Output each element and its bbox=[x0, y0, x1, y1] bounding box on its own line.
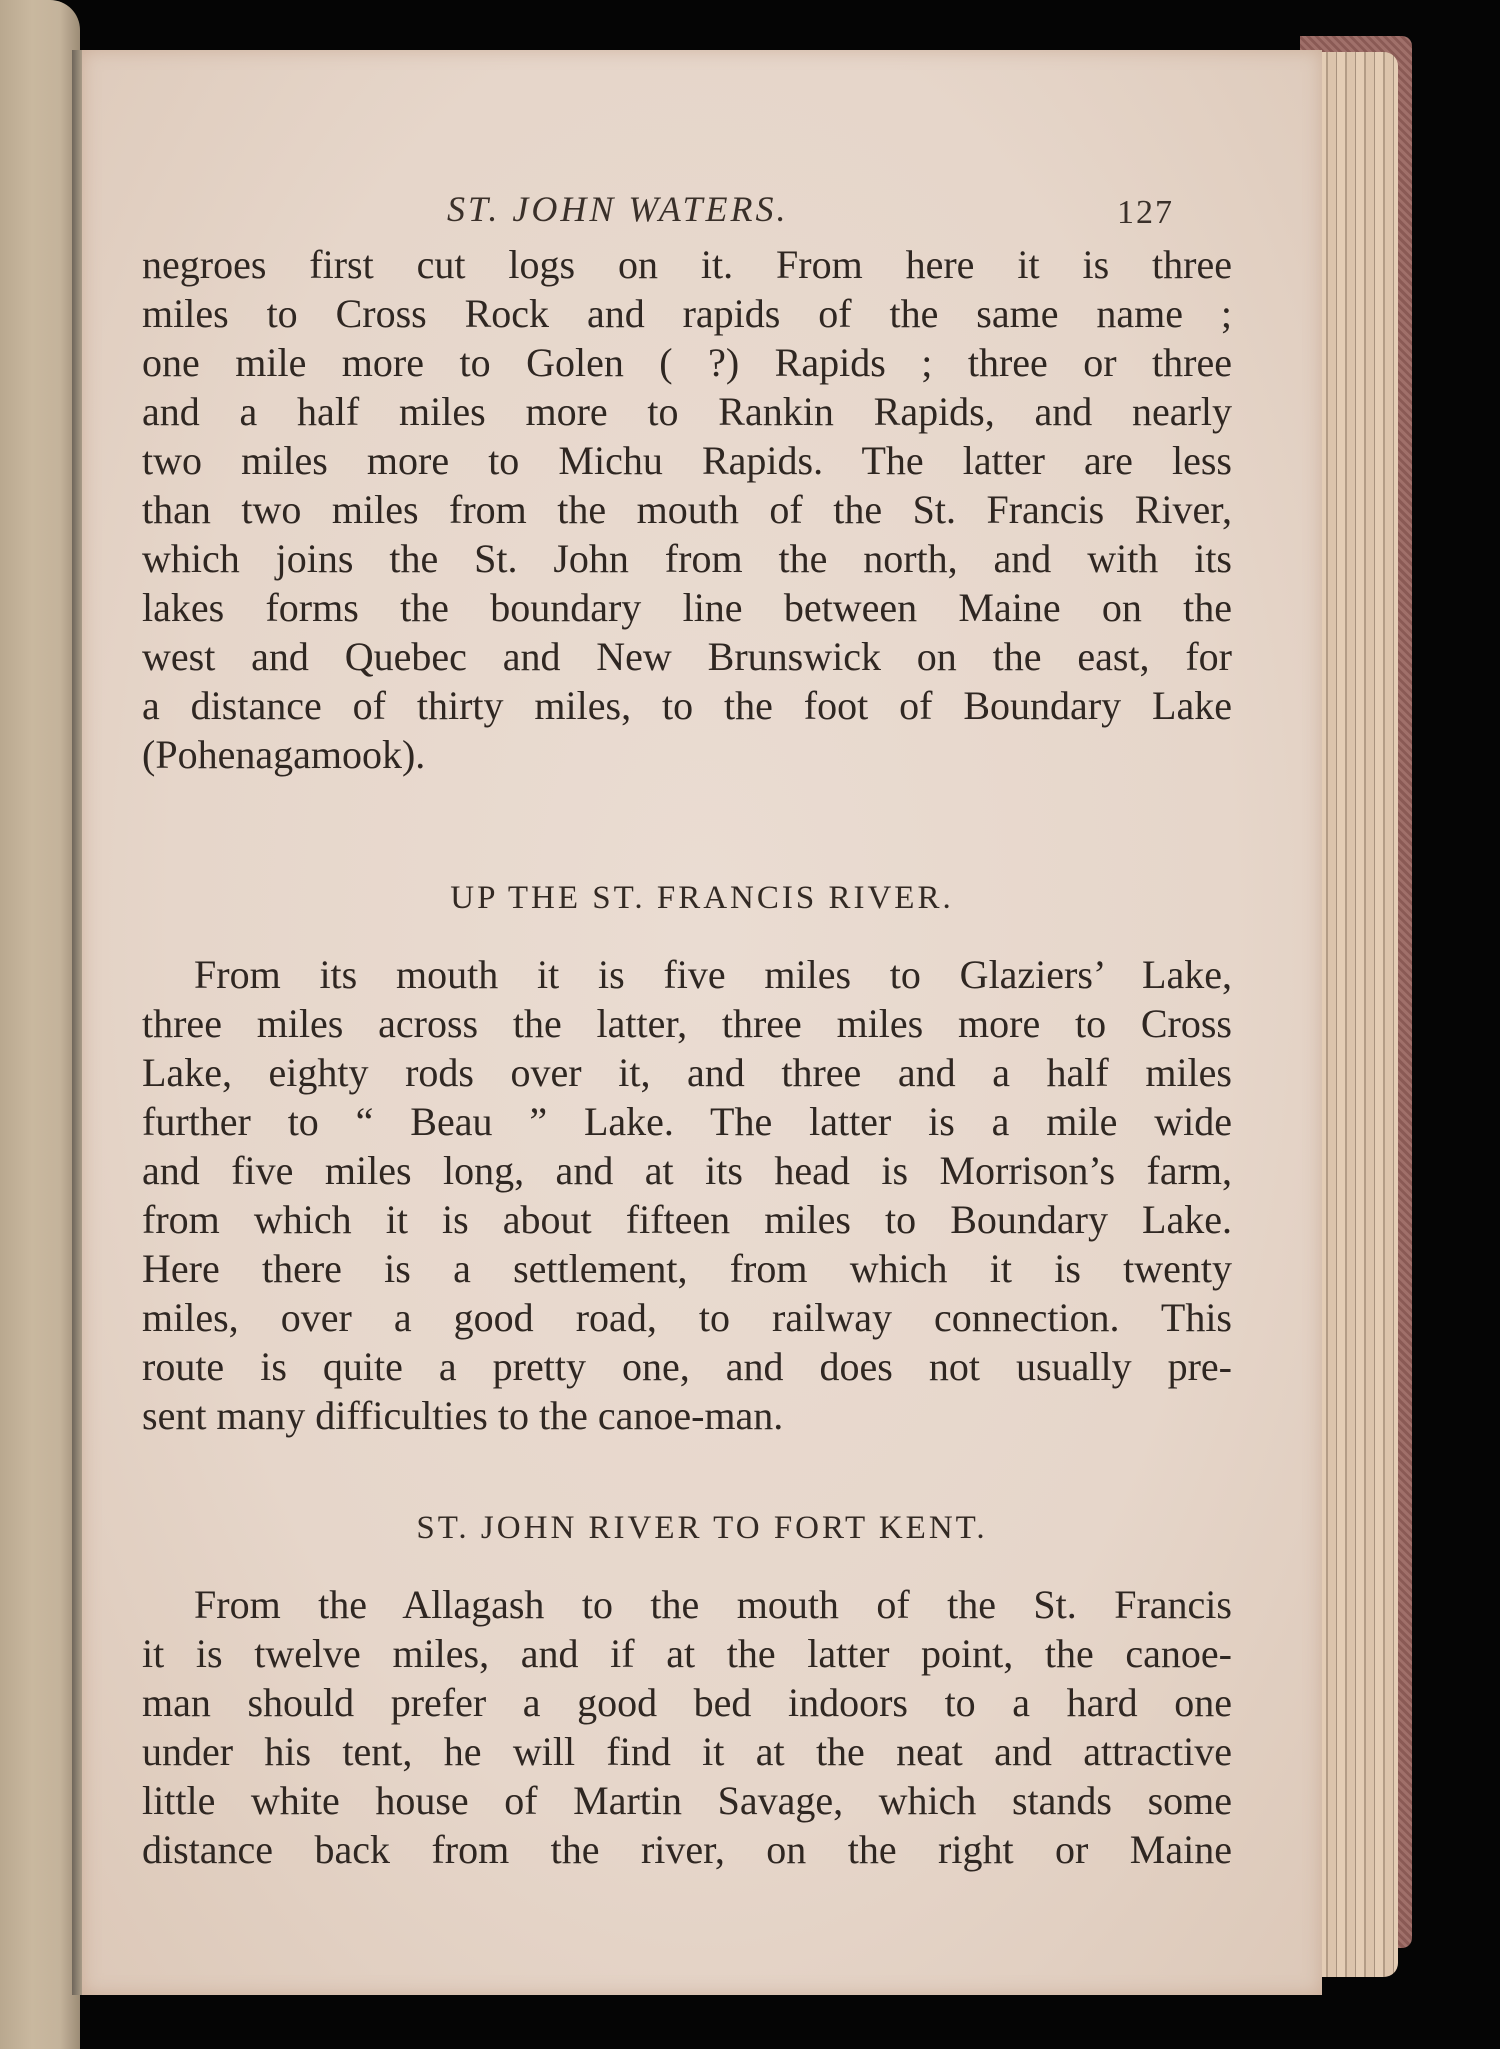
text-line: From the Allagash to the mouth of the St… bbox=[142, 1580, 1232, 1629]
text-line: a distance of thirty miles, to the foot … bbox=[142, 681, 1232, 730]
section-body-st-francis: From its mouth it is five miles to Glazi… bbox=[142, 950, 1232, 1440]
text-line: which joins the St. John from the north,… bbox=[142, 534, 1232, 583]
section-body-fort-kent: From the Allagash to the mouth of the St… bbox=[142, 1580, 1232, 1874]
paragraph-continuation: negroes first cut logs on it. From here … bbox=[142, 240, 1232, 779]
text-line: route is quite a pretty one, and does no… bbox=[142, 1342, 1232, 1391]
text-line: three miles across the latter, three mil… bbox=[142, 999, 1232, 1048]
text-line: miles, over a good road, to railway conn… bbox=[142, 1293, 1232, 1342]
text-line: Here there is a settlement, from which i… bbox=[142, 1244, 1232, 1293]
text-line: one mile more to Golen ( ?) Rapids ; thr… bbox=[142, 338, 1232, 387]
text-line: under his tent, he will find it at the n… bbox=[142, 1727, 1232, 1776]
facing-page-edge bbox=[0, 0, 80, 2049]
text-line: two miles more to Michu Rapids. The latt… bbox=[142, 436, 1232, 485]
text-line: miles to Cross Rock and rapids of the sa… bbox=[142, 289, 1232, 338]
text-line: (Pohenagamook). bbox=[142, 730, 1232, 779]
text-line: little white house of Martin Savage, whi… bbox=[142, 1776, 1232, 1825]
running-head: ST. JOHN WATERS. 127 bbox=[82, 188, 1322, 238]
running-title: ST. JOHN WATERS. bbox=[447, 188, 788, 230]
text-line: and five miles long, and at its head is … bbox=[142, 1146, 1232, 1195]
text-line: it is twelve miles, and if at the latter… bbox=[142, 1629, 1232, 1678]
section-heading-st-francis: UP THE ST. FRANCIS RIVER. bbox=[82, 880, 1322, 917]
section-heading-fort-kent: ST. JOHN RIVER TO FORT KENT. bbox=[82, 1510, 1322, 1547]
text-line: from which it is about fifteen miles to … bbox=[142, 1195, 1232, 1244]
book-page: ST. JOHN WATERS. 127 negroes first cut l… bbox=[82, 50, 1322, 1995]
text-line: and a half miles more to Rankin Rapids, … bbox=[142, 387, 1232, 436]
text-line: negroes first cut logs on it. From here … bbox=[142, 240, 1232, 289]
text-line: west and Quebec and New Brunswick on the… bbox=[142, 632, 1232, 681]
text-line: man should prefer a good bed indoors to … bbox=[142, 1678, 1232, 1727]
page-fore-edge bbox=[1318, 52, 1398, 1977]
text-line: than two miles from the mouth of the St.… bbox=[142, 485, 1232, 534]
page-number: 127 bbox=[1117, 194, 1174, 232]
text-line: From its mouth it is five miles to Glazi… bbox=[142, 950, 1232, 999]
text-line: further to “ Beau ” Lake. The latter is … bbox=[142, 1097, 1232, 1146]
text-line: Lake, eighty rods over it, and three and… bbox=[142, 1048, 1232, 1097]
text-line: sent many difficulties to the canoe-man. bbox=[142, 1391, 1232, 1440]
text-line: distance back from the river, on the rig… bbox=[142, 1825, 1232, 1874]
text-line: lakes forms the boundary line between Ma… bbox=[142, 583, 1232, 632]
